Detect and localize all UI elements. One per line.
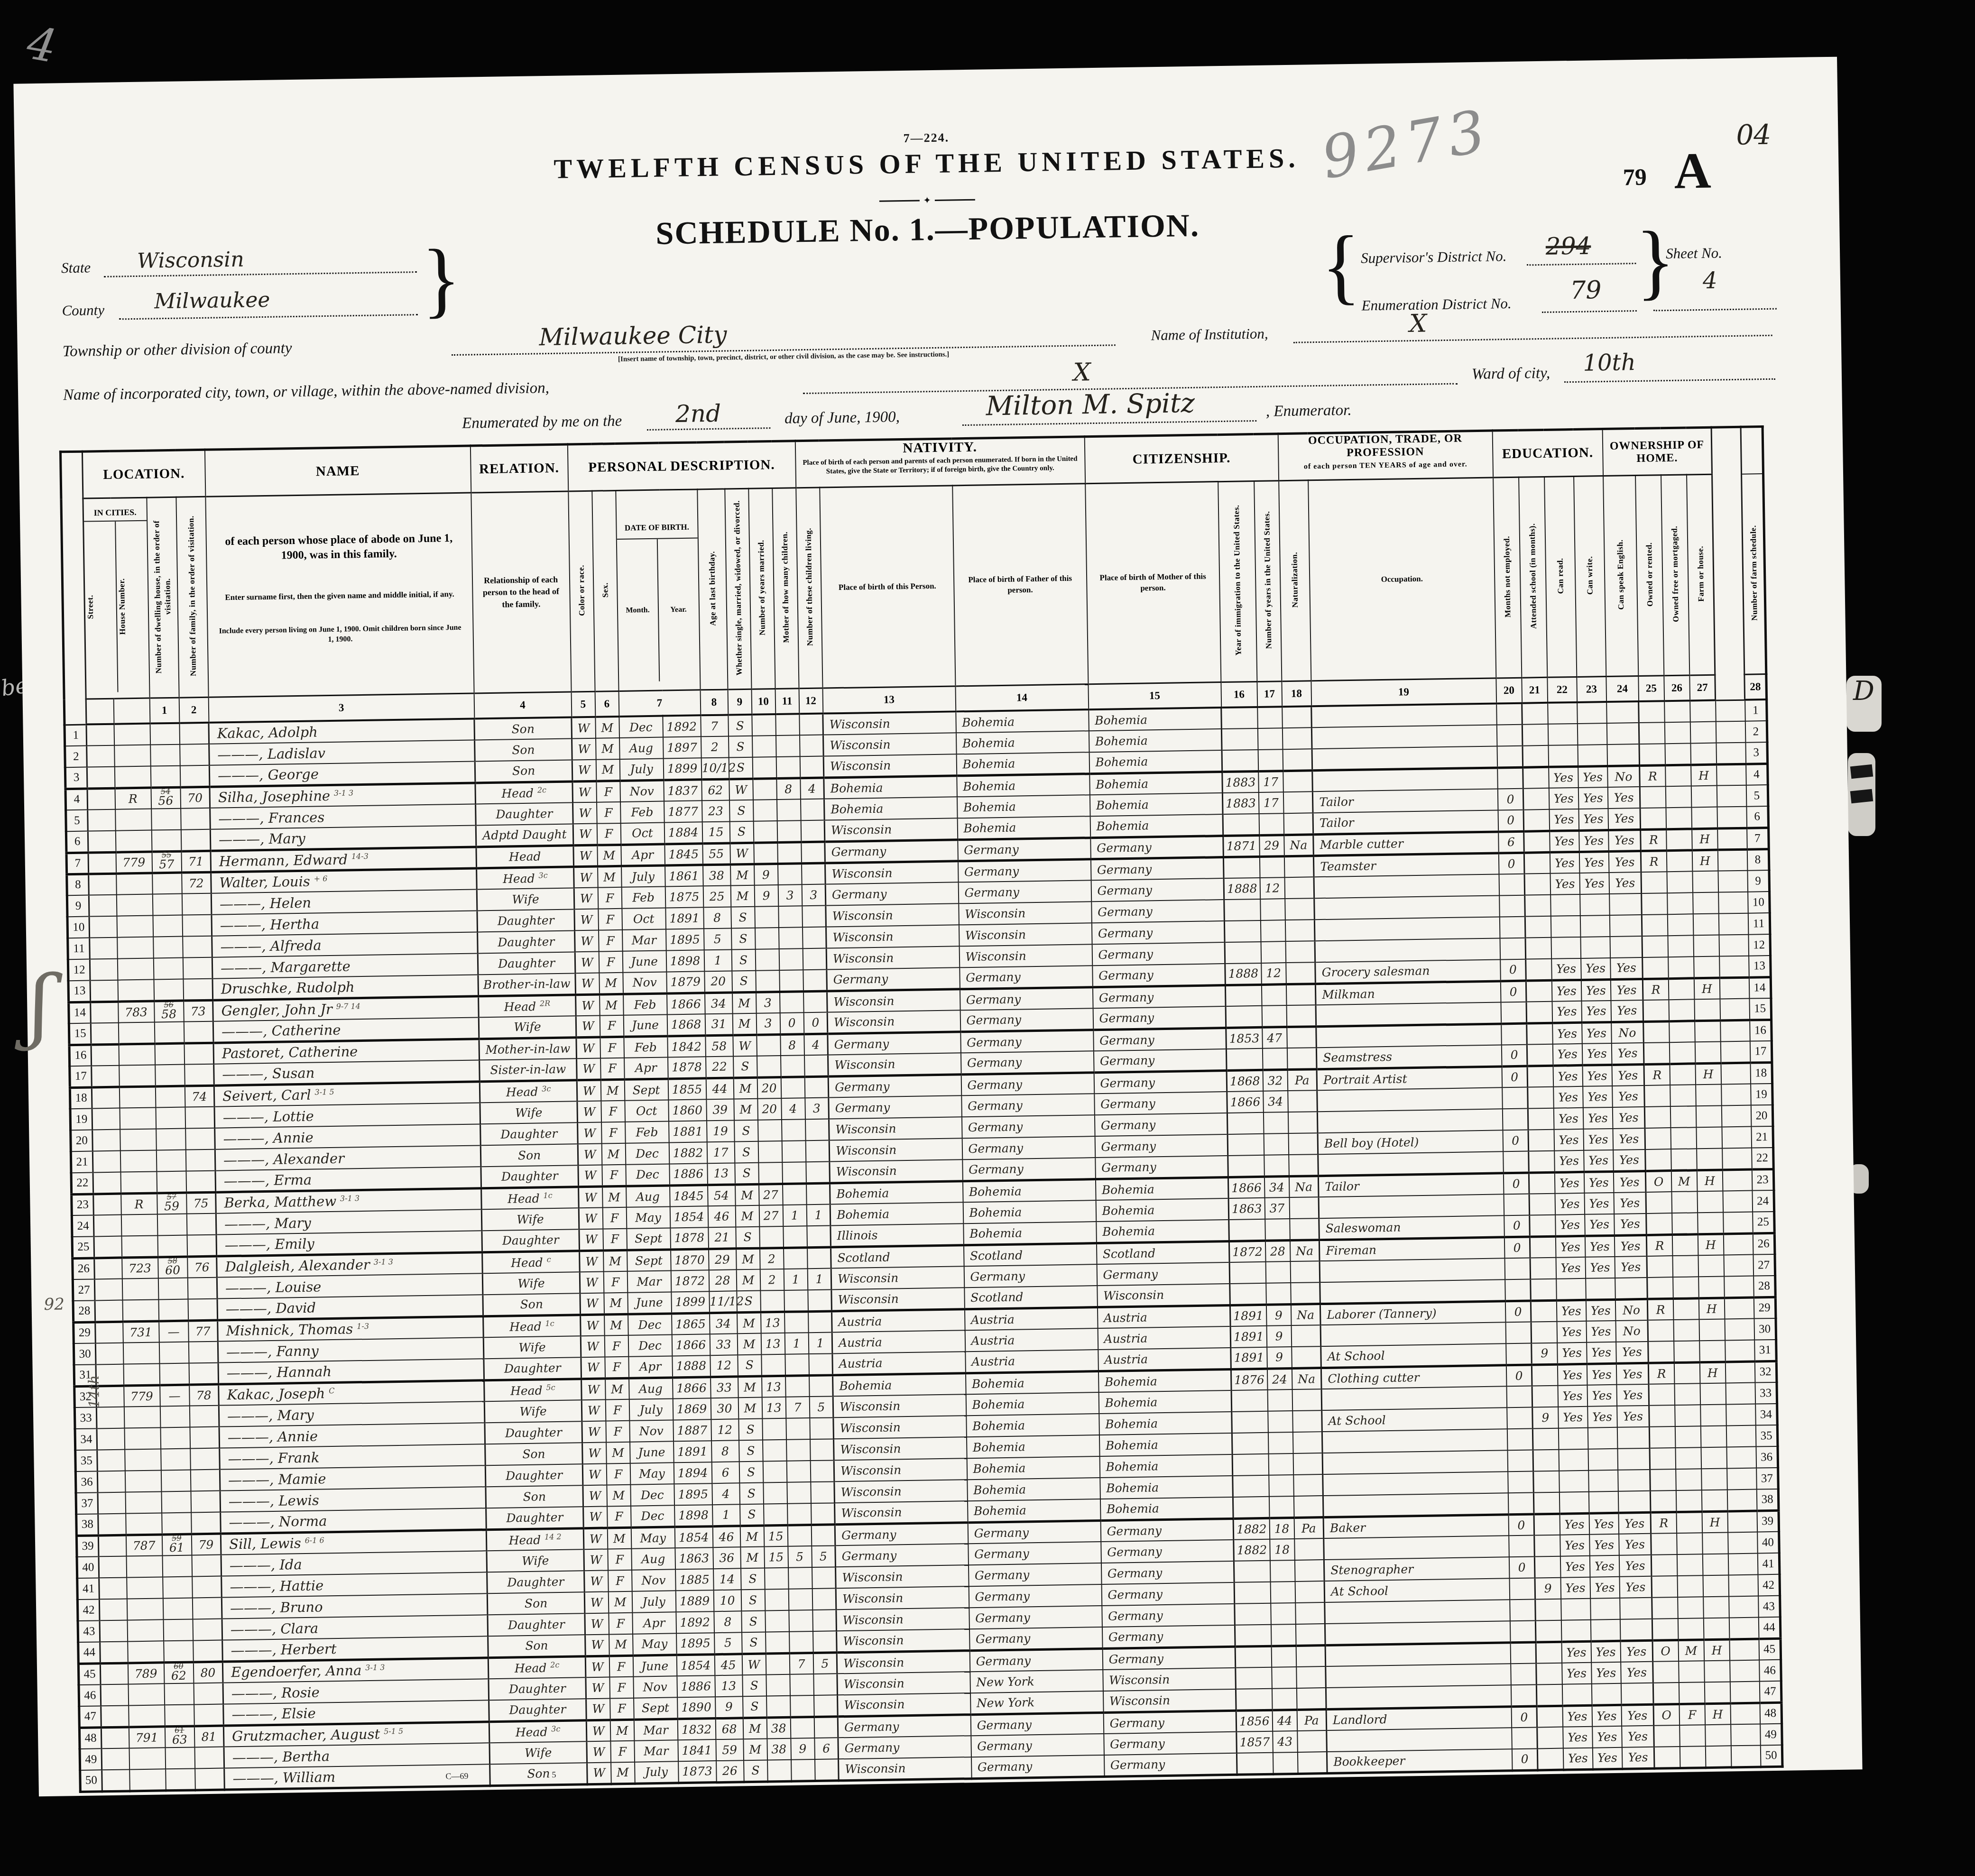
cell-oc bbox=[1322, 1429, 1507, 1453]
cell-cr bbox=[1559, 1492, 1589, 1514]
cell-mr: S bbox=[729, 800, 754, 822]
cell-p2: Germany bbox=[961, 1072, 1094, 1095]
cell-cl bbox=[804, 1055, 829, 1076]
cell-p1: Austria bbox=[832, 1330, 965, 1353]
cell-ce: Yes bbox=[1622, 1747, 1654, 1769]
col-mother-of: Mother of how many children. bbox=[772, 488, 799, 689]
cell-mb: Dec bbox=[628, 1334, 672, 1356]
cell-na bbox=[1297, 1752, 1327, 1774]
cell-mb: July bbox=[635, 1761, 679, 1783]
row-number: 40 bbox=[1757, 1532, 1780, 1554]
cell-f bbox=[185, 1064, 214, 1086]
cell-fh bbox=[1700, 1425, 1726, 1447]
cell-ym: 9 bbox=[754, 885, 778, 907]
cell-ym: 3 bbox=[756, 992, 780, 1013]
cell-or: R bbox=[1647, 1298, 1673, 1320]
cell-f bbox=[185, 1128, 215, 1150]
cell-mr: W bbox=[742, 1654, 766, 1675]
cell-mr: S bbox=[731, 949, 756, 971]
cell-mr: S bbox=[741, 1568, 765, 1590]
cell-h bbox=[121, 1235, 158, 1257]
cell-h bbox=[122, 1278, 158, 1300]
cell-iy bbox=[1232, 1454, 1269, 1476]
cell-fh bbox=[1697, 1191, 1723, 1213]
cell-cw bbox=[1580, 894, 1610, 916]
cell-mr: S bbox=[736, 1227, 760, 1249]
cell-cw bbox=[1577, 702, 1607, 724]
cell-p1: Wisconsin bbox=[833, 1394, 966, 1417]
cell-p2: Bohemia bbox=[965, 1371, 1098, 1394]
cell-om bbox=[1672, 1255, 1698, 1277]
cell-p3: Germany bbox=[1092, 985, 1226, 1008]
cell-st bbox=[94, 1279, 122, 1301]
cell-ag: 36 bbox=[713, 1547, 741, 1569]
cell-fs bbox=[1725, 1340, 1755, 1362]
cell-fh bbox=[1701, 1447, 1727, 1469]
cell-sx: F bbox=[610, 1741, 635, 1763]
cell-yb: 1887 bbox=[673, 1419, 711, 1441]
cell-rl: Brother-in-law bbox=[478, 973, 576, 996]
cell-p1: Wisconsin bbox=[823, 733, 956, 756]
cell-cl bbox=[804, 1076, 829, 1098]
cell-mn: 0 bbox=[1503, 1173, 1529, 1195]
cell-fh: H bbox=[1692, 828, 1718, 850]
cell-cw: Yes bbox=[1578, 809, 1608, 830]
cell-mc bbox=[789, 1631, 813, 1653]
cell-om: M bbox=[1678, 1639, 1704, 1661]
cell-na: Na bbox=[1292, 1368, 1321, 1389]
cell-mr: S bbox=[729, 821, 754, 843]
cell-f: 79 bbox=[191, 1534, 221, 1555]
cell-cw: Yes bbox=[1582, 1065, 1612, 1086]
cell-p1: Wisconsin bbox=[831, 1287, 965, 1311]
sheet-value: 4 bbox=[1703, 267, 1717, 294]
cell-ag: 6 bbox=[711, 1462, 739, 1483]
cell-f bbox=[191, 1512, 221, 1534]
cell-p2: Germany bbox=[968, 1563, 1101, 1586]
cell-rl: Daughter bbox=[482, 1229, 580, 1252]
cell-yu bbox=[1268, 1453, 1293, 1475]
cell-st bbox=[87, 767, 115, 789]
institution-value: X bbox=[1409, 310, 1427, 339]
cell-h bbox=[116, 894, 153, 916]
cell-or: R bbox=[1640, 765, 1666, 787]
group-personal: PERSONAL DESCRIPTION. bbox=[567, 441, 795, 491]
footer-mark: 5 bbox=[552, 1770, 556, 1780]
cell-p2: Germany bbox=[958, 859, 1091, 882]
cell-p3: Germany bbox=[1093, 1049, 1227, 1072]
cell-om bbox=[1669, 999, 1695, 1021]
cell-mb: Sept bbox=[627, 1228, 671, 1250]
cell-yb: 1861 bbox=[665, 864, 703, 886]
cell-yu: 17 bbox=[1258, 771, 1283, 792]
row-number: 20 bbox=[1751, 1105, 1773, 1127]
cell-fs bbox=[1730, 1681, 1760, 1703]
cell-as bbox=[1532, 1428, 1559, 1450]
cell-rl: Head2R bbox=[479, 994, 576, 1017]
cell-mc: 0 bbox=[780, 1012, 804, 1034]
cell-or bbox=[1654, 1725, 1680, 1747]
cell-fs bbox=[1720, 1041, 1750, 1063]
cell-mc: 1 bbox=[783, 1205, 807, 1226]
cell-mn bbox=[1512, 1727, 1538, 1749]
cell-as bbox=[1535, 1599, 1561, 1621]
cell-rl: Adptd Daught bbox=[476, 824, 573, 846]
cell-na bbox=[1285, 898, 1315, 920]
cell-or bbox=[1647, 1256, 1673, 1278]
cell-as bbox=[1523, 788, 1549, 810]
cell-as bbox=[1534, 1535, 1560, 1557]
cell-or: R bbox=[1651, 1512, 1677, 1534]
cell-na bbox=[1292, 1410, 1322, 1432]
cell-mc bbox=[788, 1567, 812, 1589]
col-owned-free: Owned free or mortgaged. bbox=[1661, 475, 1689, 676]
cell-f bbox=[181, 829, 211, 851]
cell-oc: Laborer (Tannery) bbox=[1320, 1301, 1505, 1325]
cell-c: W bbox=[574, 866, 598, 888]
cell-d bbox=[160, 1406, 190, 1428]
row-number: 24 bbox=[1752, 1190, 1774, 1212]
cell-na bbox=[1286, 984, 1316, 1005]
cell-mr: S bbox=[738, 1355, 762, 1377]
col-age: Age at last birthday. bbox=[697, 489, 728, 690]
cell-or bbox=[1649, 1426, 1675, 1448]
cell-fs bbox=[1722, 1169, 1752, 1191]
cell-ce: No bbox=[1615, 1299, 1648, 1321]
cell-mb: Nov bbox=[633, 1676, 677, 1698]
cell-c: W bbox=[578, 1165, 602, 1187]
cell-p3: Germany bbox=[1093, 1006, 1226, 1030]
cell-mr: S bbox=[732, 971, 756, 993]
row-number: 42 bbox=[1758, 1574, 1780, 1596]
cell-c: W bbox=[585, 1634, 609, 1656]
cell-mb: May bbox=[630, 1462, 674, 1484]
cell-fh bbox=[1690, 700, 1716, 722]
col-years-married: Number of years married. bbox=[748, 488, 775, 690]
cell-st bbox=[93, 1215, 121, 1237]
cell-c: W bbox=[580, 1293, 604, 1315]
cell-sx: F bbox=[603, 1229, 627, 1251]
cell-fh bbox=[1698, 1255, 1724, 1277]
cell-ag: 15 bbox=[702, 821, 730, 843]
cell-na bbox=[1289, 1197, 1319, 1219]
cell-om bbox=[1667, 871, 1693, 893]
cell-d bbox=[153, 915, 183, 937]
row-number: 19 bbox=[1751, 1084, 1773, 1105]
cell-yu bbox=[1264, 1155, 1289, 1177]
cell-mr: S bbox=[742, 1632, 766, 1654]
city-value: X bbox=[1073, 358, 1091, 387]
cell-om bbox=[1674, 1383, 1700, 1405]
row-number: 10 bbox=[67, 917, 90, 938]
cell-p3: Germany bbox=[1104, 1753, 1237, 1776]
cell-d bbox=[150, 766, 180, 788]
cell-om bbox=[1667, 914, 1693, 936]
cell-ag: 1 bbox=[704, 949, 732, 971]
cell-p1: Wisconsin bbox=[839, 1757, 972, 1780]
cell-om bbox=[1674, 1362, 1700, 1384]
cell-d bbox=[155, 1043, 185, 1065]
cell-as bbox=[1534, 1556, 1560, 1578]
cell-om bbox=[1674, 1341, 1700, 1362]
cell-p3: Germany bbox=[1091, 878, 1224, 901]
cell-h bbox=[117, 937, 154, 959]
cell-ce bbox=[1617, 1448, 1650, 1470]
cell-p3: Germany bbox=[1090, 857, 1224, 880]
cell-iy bbox=[1230, 1283, 1266, 1305]
cell-sx: F bbox=[596, 781, 620, 802]
county-label: County bbox=[62, 302, 104, 319]
cell-or bbox=[1642, 893, 1668, 915]
cell-sx: F bbox=[600, 1015, 624, 1037]
cell-cl bbox=[799, 714, 823, 736]
cell-cl: 1 bbox=[807, 1268, 831, 1290]
cell-cl bbox=[805, 1119, 830, 1140]
cell-p3: Bohemia bbox=[1099, 1454, 1233, 1478]
cell-mn: 6 bbox=[1498, 831, 1524, 853]
cell-st bbox=[99, 1578, 127, 1600]
cell-c: W bbox=[581, 1336, 605, 1358]
col-occupation: Occupation. bbox=[1308, 478, 1496, 681]
cell-mb: Sept bbox=[627, 1249, 671, 1271]
col-marital: Whether single, married, widowed, or div… bbox=[725, 488, 751, 690]
cell-mn: 0 bbox=[1509, 1556, 1535, 1578]
row-number: 3 bbox=[1745, 742, 1768, 764]
cell-rl: Daughter bbox=[481, 1165, 579, 1188]
cell-fh bbox=[1698, 1276, 1725, 1298]
cell-as bbox=[1525, 916, 1551, 938]
cell-h bbox=[127, 1577, 163, 1599]
cell-mn bbox=[1507, 1429, 1533, 1451]
cell-yb: 1898 bbox=[674, 1505, 713, 1527]
cell-mb: Mar bbox=[622, 929, 666, 951]
cell-or bbox=[1643, 957, 1669, 979]
cell-iy: 1876 bbox=[1231, 1369, 1267, 1390]
row-number: 1 bbox=[65, 725, 87, 746]
cell-p3: Bohemia bbox=[1096, 1198, 1229, 1222]
cell-yb: 1895 bbox=[674, 1483, 712, 1505]
cell-p3: Bohemia bbox=[1100, 1476, 1233, 1499]
cell-mn bbox=[1501, 1023, 1527, 1045]
row-number: 43 bbox=[1758, 1596, 1781, 1618]
cell-fs bbox=[1717, 849, 1747, 871]
cell-fh bbox=[1693, 914, 1719, 936]
cell-iy: 1883 bbox=[1222, 792, 1259, 814]
cell-as bbox=[1530, 1215, 1556, 1237]
cell-na bbox=[1292, 1432, 1322, 1453]
cell-c: W bbox=[575, 930, 599, 952]
cell-rl: Daughter bbox=[484, 1357, 581, 1380]
row-number: 15 bbox=[69, 1023, 91, 1045]
cell-na bbox=[1282, 727, 1312, 749]
cell-om bbox=[1666, 807, 1692, 829]
cell-d bbox=[165, 1747, 195, 1769]
cell-yb: 1841 bbox=[678, 1739, 716, 1761]
cell-f: 77 bbox=[188, 1320, 218, 1342]
col-date-of-birth: DATE OF BIRTH. Month.Year. bbox=[616, 489, 700, 691]
cell-cr: Yes bbox=[1560, 1513, 1589, 1535]
cell-ce: Yes bbox=[1618, 1512, 1651, 1534]
cell-yb: 1886 bbox=[669, 1163, 708, 1185]
cell-ym: 13 bbox=[761, 1312, 785, 1333]
cell-mc bbox=[778, 906, 803, 928]
cell-or bbox=[1650, 1448, 1676, 1470]
cell-or: R bbox=[1643, 978, 1669, 1000]
cell-as bbox=[1524, 831, 1550, 853]
cell-yb: 1899 bbox=[671, 1291, 710, 1313]
cell-yb: 1899 bbox=[663, 758, 701, 780]
cell-cw: Yes bbox=[1579, 851, 1609, 873]
cell-om bbox=[1670, 1063, 1696, 1085]
cell-fh bbox=[1694, 999, 1720, 1021]
cell-fh bbox=[1696, 1106, 1722, 1128]
cell-yb: 1842 bbox=[667, 1035, 706, 1057]
institution-line bbox=[1293, 335, 1772, 343]
cell-oc: Marble cutter bbox=[1313, 831, 1499, 855]
cell-cw: Yes bbox=[1583, 1129, 1613, 1150]
page-edge-smudge bbox=[1848, 753, 1875, 836]
cell-fs bbox=[1719, 977, 1749, 999]
cell-c: W bbox=[583, 1485, 607, 1507]
row-number: 50 bbox=[1760, 1745, 1782, 1767]
cell-p1: Wisconsin bbox=[835, 1501, 968, 1524]
cell-na bbox=[1288, 1112, 1318, 1133]
cell-cw bbox=[1577, 723, 1607, 745]
cell-mn bbox=[1505, 1322, 1532, 1344]
row-number: 6 bbox=[66, 831, 88, 853]
row-number: 38 bbox=[76, 1514, 99, 1536]
cell-mn: 0 bbox=[1506, 1365, 1532, 1387]
cell-p2: Wisconsin bbox=[959, 901, 1092, 925]
row-number: 14 bbox=[69, 1002, 91, 1024]
cell-na: Na bbox=[1291, 1304, 1320, 1325]
cell-f bbox=[182, 893, 212, 915]
cell-cl bbox=[800, 799, 824, 821]
cell-yu bbox=[1271, 1624, 1296, 1646]
cell-ag: 30 bbox=[711, 1398, 738, 1419]
row-number: 23 bbox=[1752, 1169, 1774, 1191]
cell-sx: F bbox=[604, 1335, 628, 1357]
cell-iy bbox=[1224, 920, 1261, 942]
cell-p1: Wisconsin bbox=[827, 989, 960, 1012]
cell-fs bbox=[1716, 700, 1745, 722]
cell-mc bbox=[786, 1461, 811, 1482]
cell-ym bbox=[765, 1610, 789, 1632]
cell-f bbox=[193, 1640, 223, 1662]
cell-cw: Yes bbox=[1592, 1726, 1622, 1748]
cell-yu bbox=[1271, 1646, 1296, 1667]
cell-c: W bbox=[583, 1506, 608, 1528]
cell-fh bbox=[1704, 1682, 1730, 1703]
cell-ce: Yes bbox=[1608, 808, 1641, 830]
cell-fs bbox=[1717, 828, 1747, 850]
cell-yu: 47 bbox=[1262, 1027, 1287, 1048]
cell-yu: 29 bbox=[1259, 835, 1284, 856]
page-letter: A bbox=[1674, 142, 1712, 201]
cell-ce: Yes bbox=[1614, 1235, 1647, 1257]
cell-ym bbox=[763, 1482, 787, 1504]
cell-or bbox=[1646, 1192, 1672, 1214]
city-label: Name of incorporated city, town, or vill… bbox=[63, 379, 549, 404]
cell-ym bbox=[764, 1504, 788, 1526]
cell-p3: Bohemia bbox=[1099, 1412, 1232, 1435]
cell-f bbox=[186, 1214, 216, 1235]
cell-d bbox=[156, 1150, 186, 1172]
cell-cr: Yes bbox=[1556, 1257, 1586, 1279]
cell-rl: Daughter bbox=[486, 1507, 584, 1529]
cell-om bbox=[1680, 1725, 1706, 1747]
cell-ym: 20 bbox=[757, 1077, 781, 1099]
cell-mn bbox=[1504, 1258, 1531, 1280]
cell-yb: 1878 bbox=[668, 1057, 706, 1078]
cell-as bbox=[1526, 980, 1552, 1002]
cell-mr: S bbox=[734, 1120, 758, 1142]
cell-yb: 1879 bbox=[666, 971, 705, 993]
cell-st bbox=[98, 1535, 126, 1557]
cell-ce: No bbox=[1615, 1320, 1648, 1342]
cell-fs bbox=[1731, 1724, 1761, 1746]
cell-d: — bbox=[159, 1321, 189, 1343]
cell-h bbox=[120, 1129, 157, 1151]
cell-ag: 8 bbox=[714, 1611, 742, 1633]
cell-fs bbox=[1718, 913, 1748, 935]
cell-ag: 54 bbox=[708, 1184, 736, 1206]
cell-sx: M bbox=[604, 1293, 628, 1315]
cell-mn: 0 bbox=[1505, 1301, 1531, 1323]
row-number: 44 bbox=[78, 1642, 101, 1664]
cell-mc bbox=[786, 1439, 811, 1461]
row-number: 9 bbox=[67, 895, 89, 917]
cell-sx: M bbox=[598, 866, 622, 888]
cell-na bbox=[1285, 920, 1315, 941]
cell-mb: Dec bbox=[626, 1164, 670, 1186]
cell-cr bbox=[1550, 916, 1580, 938]
cell-d bbox=[157, 1235, 187, 1257]
cell-ym bbox=[755, 928, 779, 949]
cell-oc bbox=[1317, 1087, 1503, 1112]
cell-st bbox=[87, 788, 115, 810]
cell-or bbox=[1643, 1021, 1670, 1043]
cell-oc bbox=[1327, 1728, 1512, 1752]
cell-na bbox=[1282, 706, 1312, 728]
cell-rl: Head1c bbox=[483, 1315, 581, 1337]
cell-sx: M bbox=[604, 1314, 628, 1336]
cell-h: 723 bbox=[122, 1257, 158, 1278]
cell-iy bbox=[1232, 1433, 1268, 1454]
cell-ce: Yes bbox=[1615, 1256, 1647, 1278]
cell-c: W bbox=[583, 1527, 608, 1549]
cell-d bbox=[163, 1598, 193, 1619]
cell-fs bbox=[1716, 743, 1746, 764]
cell-om bbox=[1669, 1021, 1695, 1042]
cell-mn: 0 bbox=[1501, 1045, 1527, 1067]
cell-d: — bbox=[160, 1385, 190, 1407]
cell-ym bbox=[752, 736, 776, 757]
cell-cw bbox=[1591, 1683, 1621, 1705]
cell-h bbox=[114, 766, 151, 788]
cell-cr: Yes bbox=[1552, 1044, 1582, 1066]
cell-mb: Mar bbox=[627, 1270, 671, 1292]
cell-mn: 0 bbox=[1511, 1706, 1537, 1728]
cell-c: W bbox=[578, 1122, 602, 1144]
cell-f bbox=[183, 979, 213, 1001]
cell-or bbox=[1639, 744, 1665, 765]
cell-h bbox=[122, 1299, 159, 1321]
cell-cr: Yes bbox=[1558, 1385, 1587, 1407]
row-number: 34 bbox=[75, 1428, 97, 1450]
cell-na bbox=[1288, 1133, 1318, 1155]
row-number: 38 bbox=[1756, 1489, 1779, 1511]
